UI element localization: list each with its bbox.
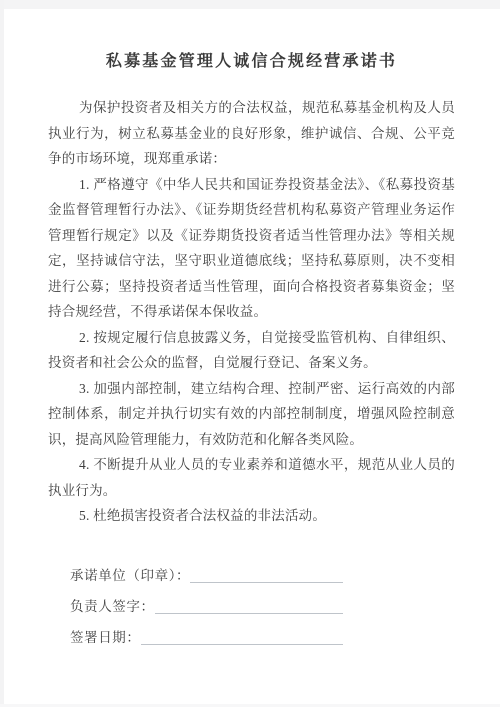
document-page: 私募基金管理人诚信合规经营承诺书 为保护投资者及相关方的合法权益，规范私募基金机… xyxy=(0,0,500,656)
commitment-item-2: 2. 按规定履行信息披露义务，自觉接受监管机构、自律组织、投资者和社会公众的监督… xyxy=(48,325,455,376)
signature-blank-responsible-person xyxy=(155,591,343,614)
document-title: 私募基金管理人诚信合规经营承诺书 xyxy=(48,52,455,72)
commitment-item-4: 4. 不断提升从业人员的专业素养和道德水平，规范从业人员的执业行为。 xyxy=(48,452,455,503)
signature-label-unit-seal: 承诺单位（印章）： xyxy=(70,567,190,585)
signature-blank-unit-seal xyxy=(190,560,343,583)
signature-row-unit: 承诺单位（印章）： xyxy=(70,563,343,585)
commitment-item-3: 3. 加强内部控制，建立结构合理、控制严密、运行高效的内部控制体系，制定并执行切… xyxy=(48,376,455,453)
signature-row-responsible: 负责人签字： xyxy=(70,594,343,616)
signature-label-date: 签署日期： xyxy=(70,629,141,647)
signature-label-responsible-person: 负责人签字： xyxy=(70,598,155,616)
commitment-item-5: 5. 杜绝损害投资者合法权益的非法活动。 xyxy=(48,503,455,529)
signature-row-date: 签署日期： xyxy=(70,625,343,647)
signature-blank-date xyxy=(141,622,344,645)
signature-block: 承诺单位（印章）： 负责人签字： 签署日期： xyxy=(48,563,455,647)
commitment-item-1: 1. 严格遵守《中华人民共和国证券投资基金法》、《私募投资基金监督管理暂行办法》… xyxy=(48,172,455,325)
intro-paragraph: 为保护投资者及相关方的合法权益，规范私募基金机构及人员执业行为，树立私募基金业的… xyxy=(48,95,455,172)
